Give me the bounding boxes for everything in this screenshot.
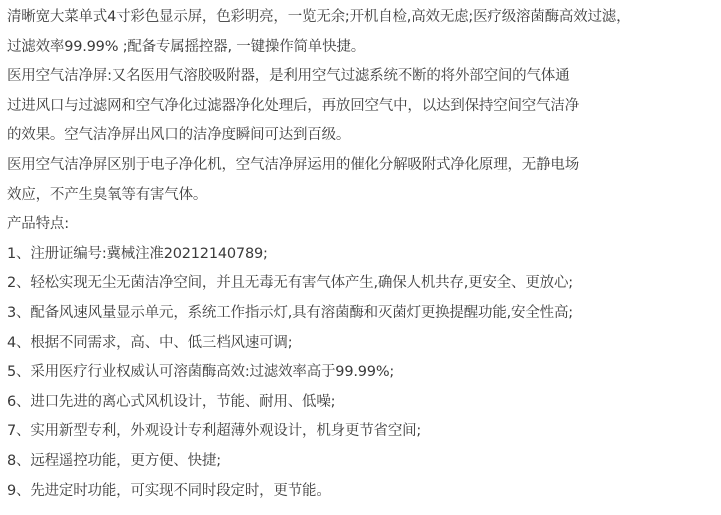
feature-item-9: 9、先进定时功能，可实现不同时段定时，更节能。: [7, 477, 721, 507]
feature-item-8: 8、远程遥控功能，更方便、快捷;: [7, 447, 721, 477]
feature-item-7: 7、实用新型专利，外观设计专利超薄外观设计，机身更节省空间;: [7, 417, 721, 447]
feature-item-1: 1、注册证编号:冀械注准20212140789;: [7, 240, 721, 270]
feature-item-3: 3、配备风速风量显示单元，系统工作指示灯,具有溶菌酶和灭菌灯更换提醒功能,安全性…: [7, 299, 721, 329]
feature-item-6: 6、进口先进的离心式风机设计，节能、耐用、低噪;: [7, 388, 721, 418]
product-description: 清晰宽大菜单式4寸彩色显示屏，色彩明亮，一览无余;开机自检,高效无虑;医疗级溶菌…: [0, 0, 721, 506]
difference-line-2: 效应，不产生臭氧等有害气体。: [7, 181, 721, 211]
definition-line-2: 过进风口与过滤网和空气净化过滤器净化处理后，再放回空气中，以达到保持空间空气洁净: [7, 92, 721, 122]
definition-line-1: 医用空气洁净屏:又名医用气溶胶吸附器，是利用空气过滤系统不断的将外部空间的气体通: [7, 62, 721, 92]
features-heading: 产品特点:: [7, 210, 721, 240]
feature-item-4: 4、根据不同需求，高、中、低三档风速可调;: [7, 329, 721, 359]
feature-item-5: 5、采用医疗行业权威认可溶菌酶高效:过滤效率高于99.99%;: [7, 358, 721, 388]
definition-line-3: 的效果。空气洁净屏出风口的洁净度瞬间可达到百级。: [7, 121, 721, 151]
intro-line-display: 清晰宽大菜单式4寸彩色显示屏，色彩明亮，一览无余;开机自检,高效无虑;医疗级溶菌…: [7, 3, 721, 33]
intro-line-filter-efficiency: 过滤效率99.99% ;配备专属摇控器, 一键操作简单快捷。: [7, 33, 721, 63]
feature-item-2: 2、轻松实现无尘无菌洁净空间，并且无毒无有害气体产生,确保人机共存,更安全、更放…: [7, 269, 721, 299]
difference-line-1: 医用空气洁净屏区别于电子净化机，空气洁净屏运用的催化分解吸附式净化原理，无静电场: [7, 151, 721, 181]
